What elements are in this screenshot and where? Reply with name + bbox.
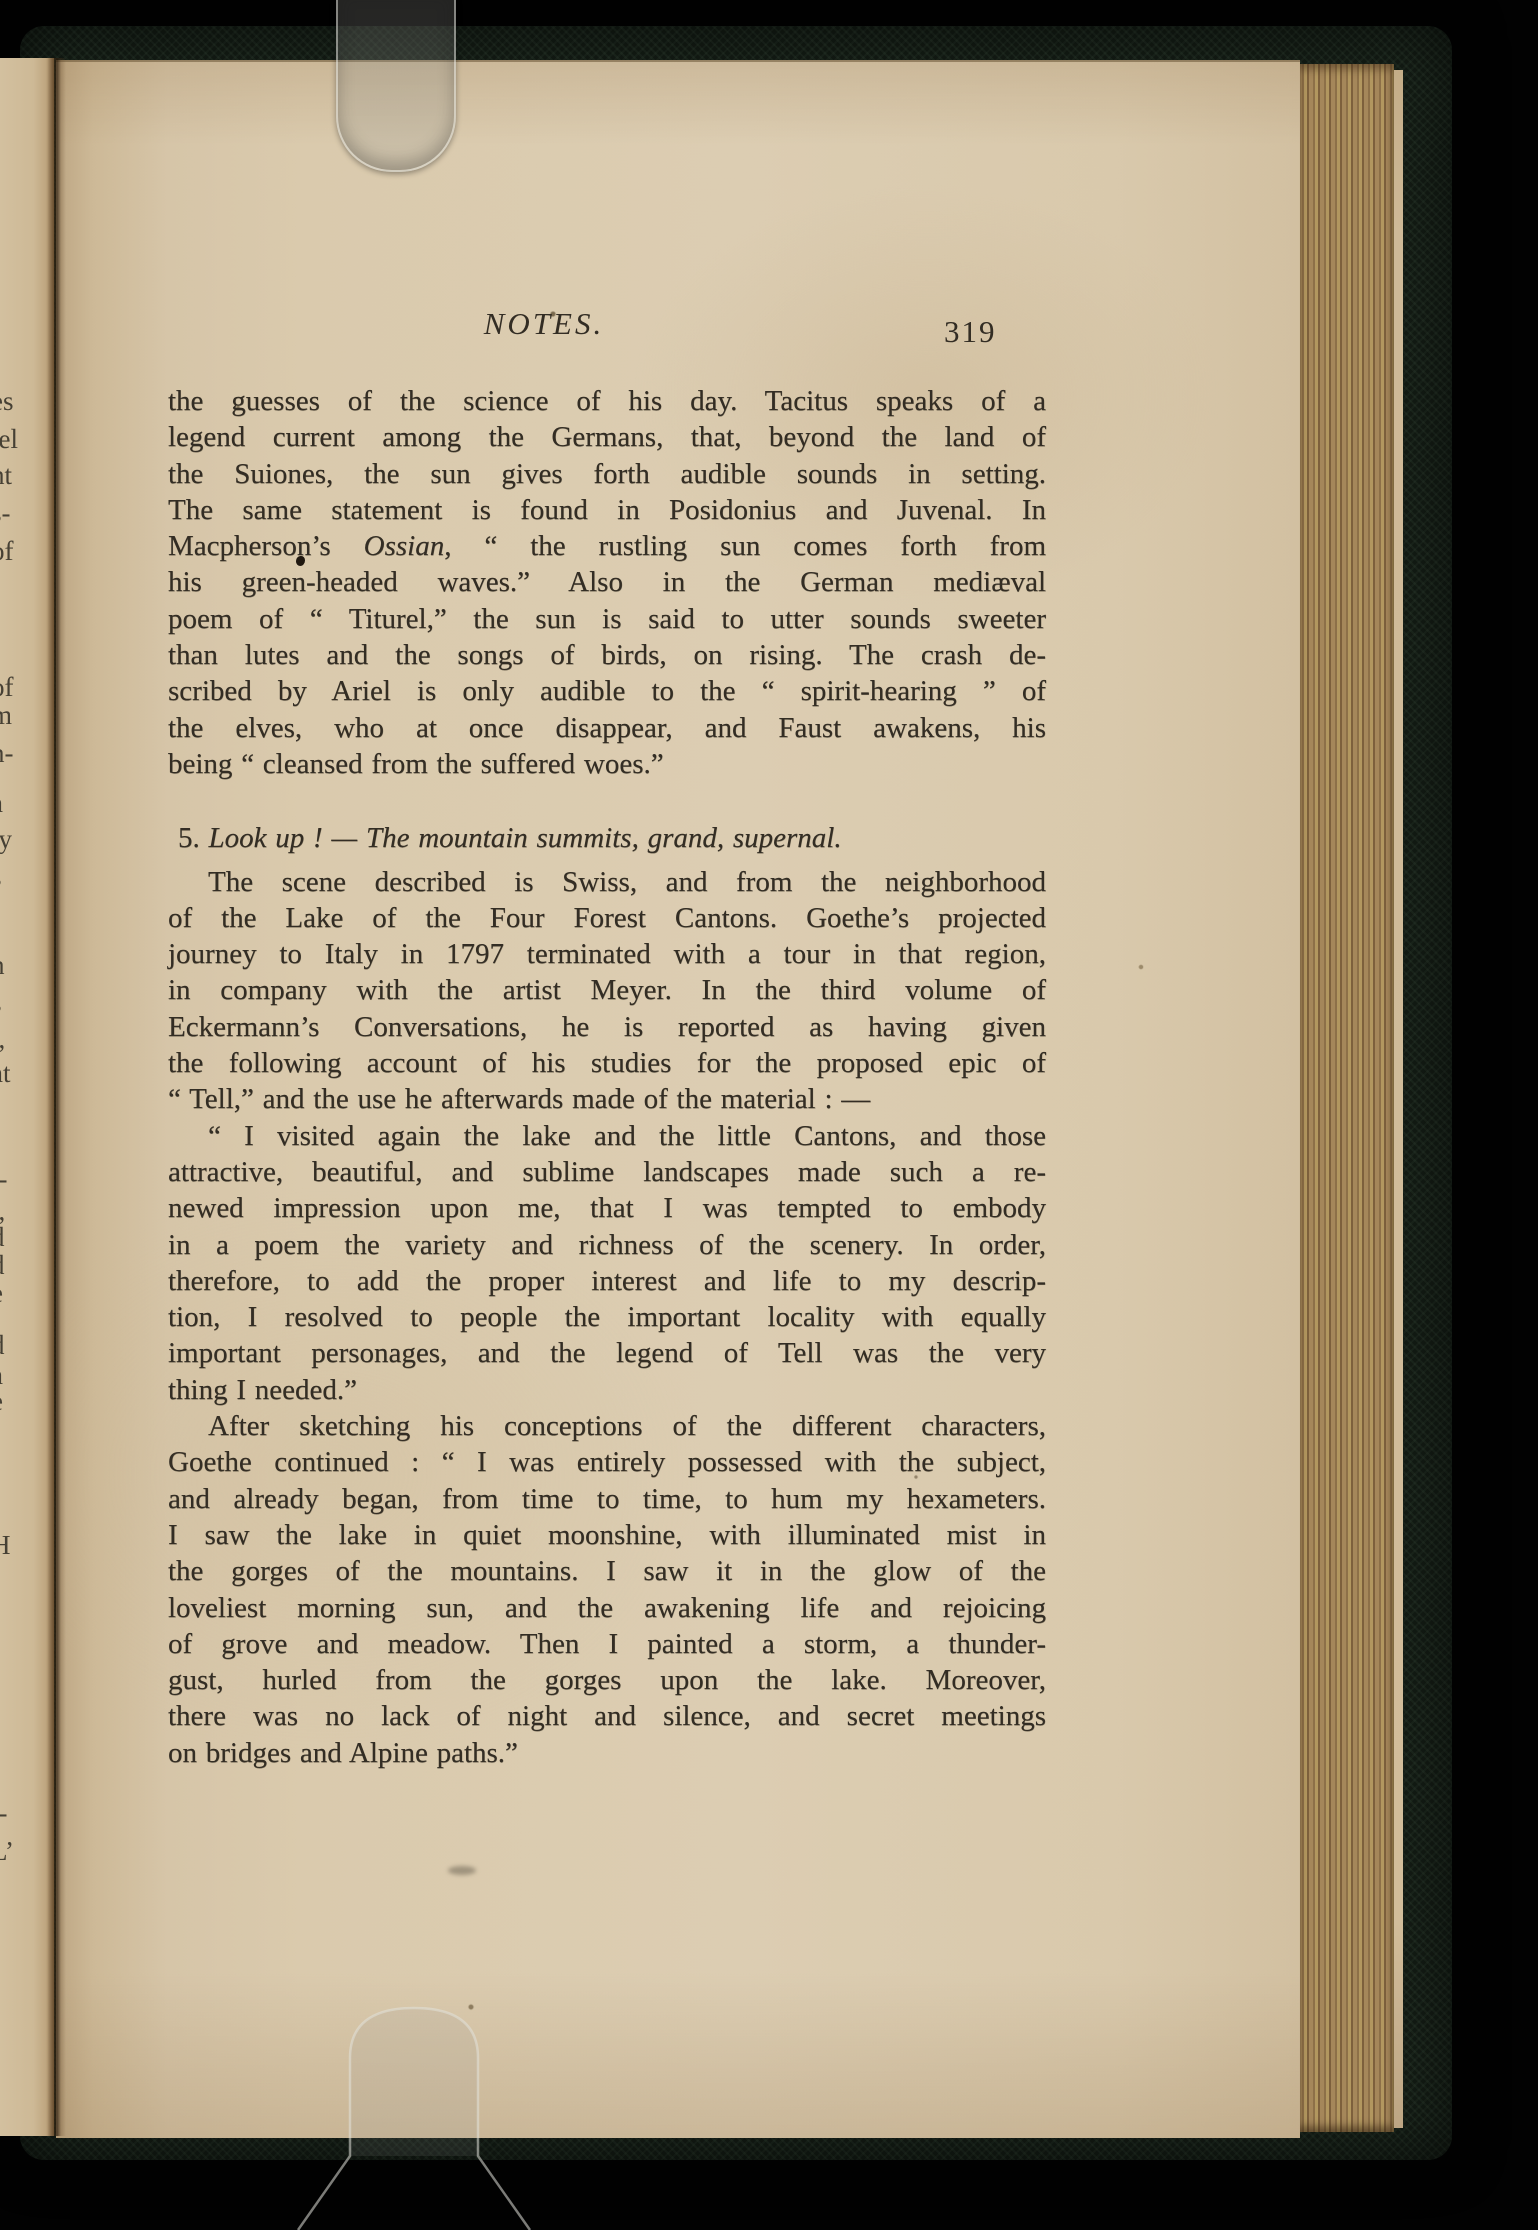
edge-text-fragment: es xyxy=(0,386,20,417)
text-line: there was no lack of night and silence, … xyxy=(168,1698,1046,1734)
text-line: than lutes and the songs of birds, on ri… xyxy=(168,637,1046,673)
edge-text-fragment: d xyxy=(0,1222,20,1253)
running-head: NOTES. xyxy=(168,306,920,342)
text-line: “ I visited again the lake and the littl… xyxy=(168,1118,1046,1154)
text-line: being “ cleansed from the suffered woes.… xyxy=(168,746,1046,782)
text-line: and already began, from time to time, to… xyxy=(168,1481,1046,1517)
text-line: the Suiones, the sun gives forth audible… xyxy=(168,456,1046,492)
text-line: Eckermann’s Conversations, he is reporte… xyxy=(168,1009,1046,1045)
text-segment: After sketching his conceptions of the d… xyxy=(208,1410,1046,1442)
text-segment: on bridges and Alpine paths.” xyxy=(168,1737,518,1769)
edge-text-fragment: s xyxy=(0,988,20,1019)
text-line: “ Tell,” and the use he afterwards made … xyxy=(168,1081,1046,1117)
italic-text: Look up ! — The mountain summits, grand,… xyxy=(209,822,842,854)
edge-text-fragment: d xyxy=(0,1330,20,1361)
outer-page-edge xyxy=(1394,70,1403,2128)
edge-text-fragment: i- xyxy=(0,1164,20,1195)
edge-text-fragment: ht xyxy=(0,460,20,491)
text-line: The scene described is Swiss, and from t… xyxy=(168,864,1046,900)
text-line: in company with the artist Meyer. In the… xyxy=(168,972,1046,1008)
gutter-fold xyxy=(46,58,66,2136)
text-segment: The scene described is Swiss, and from t… xyxy=(208,866,1046,898)
paragraph: After sketching his conceptions of the d… xyxy=(168,1408,1046,1771)
text-line: scribed by Ariel is only audible to the … xyxy=(168,673,1046,709)
edge-text-fragment: ly xyxy=(0,824,20,855)
book-scan-photo: esielhts-ofofmn-alyshst,ati-l,dde-dae.iH… xyxy=(0,0,1538,2230)
text-line: The same statement is found in Posidoniu… xyxy=(168,492,1046,528)
text-line: attractive, beautiful, and sublime lands… xyxy=(168,1154,1046,1190)
text-segment: of grove and meadow. Then I painted a st… xyxy=(168,1628,1046,1660)
text-segment: than lutes and the songs of birds, on ri… xyxy=(168,639,1046,671)
text-segment: , “ the rustling sun comes forth from xyxy=(444,530,1046,562)
edge-text-fragment: s xyxy=(0,862,20,893)
text-segment: scribed by Ariel is only audible to the … xyxy=(168,675,1046,707)
text-line: legend current among the Germans, that, … xyxy=(168,419,1046,455)
text-line: the elves, who at once disappear, and Fa… xyxy=(168,710,1046,746)
text-segment: poem of “ Titurel,” the sun is said to u… xyxy=(168,603,1046,635)
edge-text-fragment: t, xyxy=(0,1024,20,1055)
text-segment: his green-headed waves.” Also in the Ger… xyxy=(168,566,1046,598)
edge-text-fragment: h xyxy=(0,950,20,981)
text-line: Goethe continued : “ I was entirely poss… xyxy=(168,1444,1046,1480)
paper-smudge xyxy=(448,1866,476,1875)
edge-text-fragment: d xyxy=(0,1250,20,1281)
text-segment: “ Tell,” and the use he afterwards made … xyxy=(168,1083,870,1115)
text-segment: the gorges of the mountains. I saw it in… xyxy=(168,1555,1046,1587)
text-line: his green-headed waves.” Also in the Ger… xyxy=(168,564,1046,600)
text-block: the guesses of the science of his day. T… xyxy=(168,383,1046,1771)
paragraph: the guesses of the science of his day. T… xyxy=(168,383,1046,782)
edge-text-fragment: at xyxy=(0,1058,20,1089)
text-segment: journey to Italy in 1797 terminated with… xyxy=(168,938,1046,970)
edge-text-fragment: iel xyxy=(0,424,20,455)
edge-text-fragment: l- xyxy=(0,1798,20,1829)
text-line: poem of “ Titurel,” the sun is said to u… xyxy=(168,601,1046,637)
text-line: the following account of his studies for… xyxy=(168,1045,1046,1081)
text-line: newed impression upon me, that I was tem… xyxy=(168,1190,1046,1226)
text-segment: the elves, who at once disappear, and Fa… xyxy=(168,712,1046,744)
edge-text-fragment: . xyxy=(0,1412,20,1443)
text-line: 5. Look up ! — The mountain summits, gra… xyxy=(168,820,1046,856)
text-line: journey to Italy in 1797 terminated with… xyxy=(168,936,1046,972)
text-segment: Goethe continued : “ I was entirely poss… xyxy=(168,1446,1046,1478)
edge-text-fragment: of xyxy=(0,672,20,703)
text-line: important personages, and the legend of … xyxy=(168,1335,1046,1371)
edge-text-fragment: H xyxy=(0,1530,20,1561)
edge-text-fragment: m xyxy=(0,700,20,731)
text-line: of grove and meadow. Then I painted a st… xyxy=(168,1626,1046,1662)
edge-text-fragment: L’ xyxy=(0,1836,20,1867)
facing-page-text-fragments: esielhts-ofofmn-alyshst,ati-l,dde-dae.iH… xyxy=(0,0,20,2230)
text-line: gust, hurled from the gorges upon the la… xyxy=(168,1662,1046,1698)
text-line: loveliest morning sun, and the awakening… xyxy=(168,1590,1046,1626)
italic-text: Ossian xyxy=(364,530,445,562)
text-line: tion, I resolved to people the important… xyxy=(168,1299,1046,1335)
text-segment: in company with the artist Meyer. In the… xyxy=(168,974,1046,1006)
paragraph: The scene described is Swiss, and from t… xyxy=(168,864,1046,1118)
text-segment: thing I needed.” xyxy=(168,1374,357,1406)
text-segment: “ I visited again the lake and the littl… xyxy=(208,1120,1046,1152)
text-segment: the following account of his studies for… xyxy=(168,1047,1046,1079)
text-line: I saw the lake in quiet moonshine, with … xyxy=(168,1517,1046,1553)
text-segment: there was no lack of night and silence, … xyxy=(168,1700,1046,1732)
text-line: on bridges and Alpine paths.” xyxy=(168,1735,1046,1771)
text-line: of the Lake of the Four Forest Cantons. … xyxy=(168,900,1046,936)
text-segment: 5. xyxy=(178,822,209,854)
text-segment: of the Lake of the Four Forest Cantons. … xyxy=(168,902,1046,934)
paragraph: “ I visited again the lake and the littl… xyxy=(168,1118,1046,1408)
edge-text-fragment: e xyxy=(0,1278,20,1309)
edge-text-fragment: i xyxy=(0,1494,20,1525)
bottom-holder-clip xyxy=(288,2000,558,2230)
text-line: thing I needed.” xyxy=(168,1372,1046,1408)
text-segment: loveliest morning sun, and the awakening… xyxy=(168,1592,1046,1624)
text-line: the gorges of the mountains. I saw it in… xyxy=(168,1553,1046,1589)
text-segment: The same statement is found in Posidoniu… xyxy=(168,494,1046,526)
edge-text-fragment: s- xyxy=(0,498,20,529)
text-line: After sketching his conceptions of the d… xyxy=(168,1408,1046,1444)
text-segment: the guesses of the science of his day. T… xyxy=(168,385,1046,417)
edge-text-fragment: a xyxy=(0,788,20,819)
page-number: 319 xyxy=(944,314,997,350)
edge-text-fragment: of xyxy=(0,536,20,567)
fore-edge-page-stack xyxy=(1298,64,1394,2132)
text-segment: Eckermann’s Conversations, he is reporte… xyxy=(168,1011,1046,1043)
edge-text-fragment: n- xyxy=(0,738,20,769)
text-segment: tion, I resolved to people the important… xyxy=(168,1301,1046,1333)
text-segment: the Suiones, the sun gives forth audible… xyxy=(168,458,1046,490)
text-line: the guesses of the science of his day. T… xyxy=(168,383,1046,419)
note-heading: 5. Look up ! — The mountain summits, gra… xyxy=(168,820,1046,856)
top-holder-clip xyxy=(336,0,456,172)
text-segment: I saw the lake in quiet moonshine, with … xyxy=(168,1519,1046,1551)
text-line: in a poem the variety and richness of th… xyxy=(168,1227,1046,1263)
text-segment: attractive, beautiful, and sublime lands… xyxy=(168,1156,1046,1188)
text-segment: Macpherson’s xyxy=(168,530,364,562)
text-segment: legend current among the Germans, that, … xyxy=(168,421,1046,453)
text-line: therefore, to add the proper interest an… xyxy=(168,1263,1046,1299)
text-segment: in a poem the variety and richness of th… xyxy=(168,1229,1046,1261)
text-segment: important personages, and the legend of … xyxy=(168,1337,1046,1369)
text-segment: therefore, to add the proper interest an… xyxy=(168,1265,1046,1297)
text-segment: newed impression upon me, that I was tem… xyxy=(168,1192,1046,1224)
text-segment: and already began, from time to time, to… xyxy=(168,1483,1046,1515)
text-segment: being “ cleansed from the suffered woes.… xyxy=(168,748,664,780)
text-segment: gust, hurled from the gorges upon the la… xyxy=(168,1664,1046,1696)
